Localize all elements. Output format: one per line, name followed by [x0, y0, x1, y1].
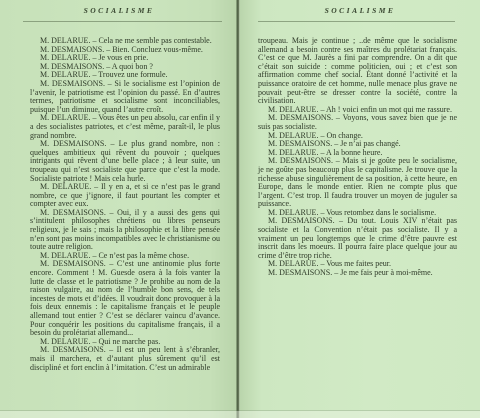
right-page: SOCIALISME troupeau. Mais je continue ; … [240, 0, 480, 418]
left-page: SOCIALISME M. DELARUE. – Cela ne me semb… [0, 0, 238, 418]
dialogue-paragraph: M. DESMAISONS. – Voyons, vous savez bien… [258, 114, 457, 131]
dialogue-paragraph: M. DELARUE. – Vous êtes un peu absolu, c… [30, 114, 220, 140]
left-page-text: M. DELARUE. – Cela ne me semble pas cont… [30, 37, 220, 372]
right-page-text: troupeau. Mais je continue ; ..de même q… [258, 37, 457, 278]
dialogue-paragraph: M. DESMAISONS. – Du tout. Louis XIV n’ét… [258, 217, 457, 260]
dialogue-paragraph: M. DELARUE. – Il y en a, et si ce n’est … [30, 183, 220, 209]
dialogue-paragraph: M. DESMAISONS. – Le plus grand nombre, n… [30, 140, 220, 183]
header-rule-right [258, 21, 455, 22]
dialogue-paragraph: M. DESMAISONS. – Oui, il y a aussi des g… [30, 209, 220, 252]
book-spread: SOCIALISME M. DELARUE. – Cela ne me semb… [0, 0, 480, 418]
dialogue-paragraph: M. DESMAISONS. – Il est un peu lent à s’… [30, 346, 220, 372]
dialogue-paragraph: M. DESMAISONS. – Je me fais peur à moi-m… [258, 269, 457, 278]
running-header-right: SOCIALISME [240, 6, 480, 15]
dialogue-paragraph: M. DESMAISONS. – Mais si je goûte peu le… [258, 157, 457, 209]
dialogue-paragraph: M. DESMAISONS. – Si le socialisme est l’… [30, 80, 220, 114]
header-rule-left [23, 21, 222, 22]
dialogue-paragraph: M. DESMAISONS. – C’est une antinomie plu… [30, 260, 220, 337]
running-header-left: SOCIALISME [0, 6, 238, 15]
dialogue-paragraph: troupeau. Mais je continue ; ..de même q… [258, 37, 457, 106]
